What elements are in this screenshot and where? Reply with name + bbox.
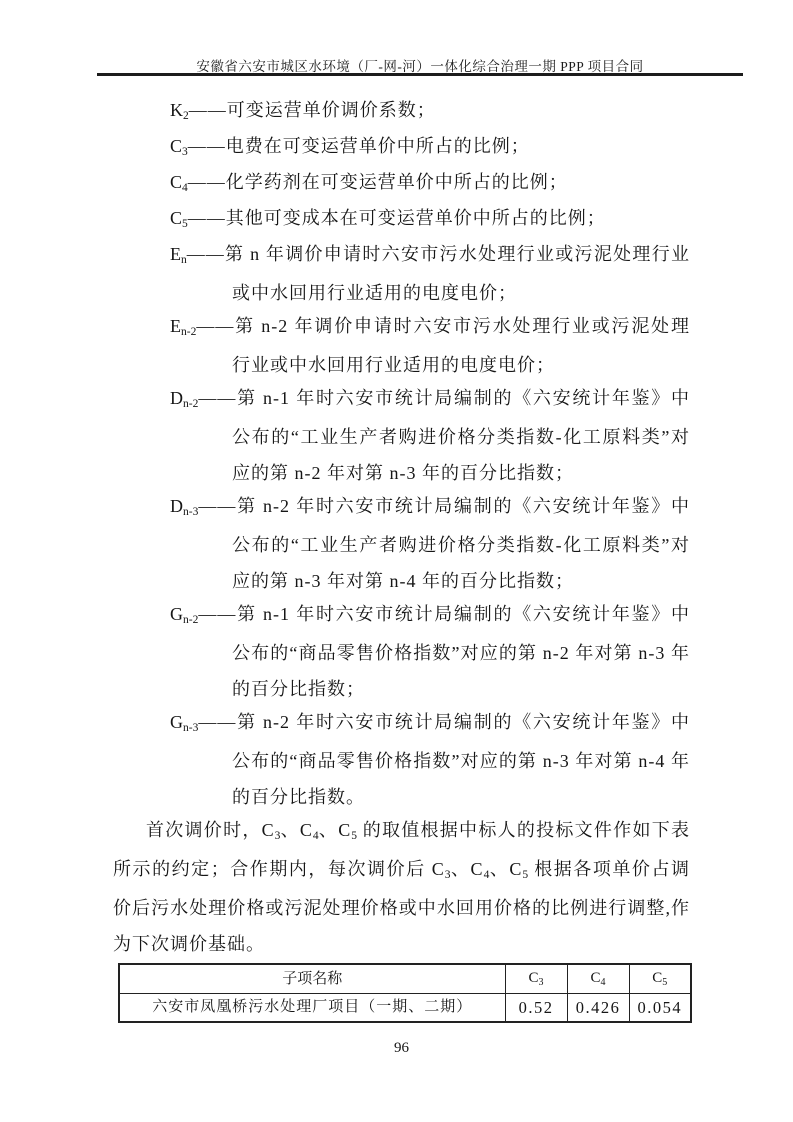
symbol-subscript: n-3 bbox=[183, 722, 198, 734]
col-header-subscript: 5 bbox=[662, 977, 667, 988]
definition-item-en: En——第 n 年调价申请时六安市污水处理行业或污泥处理行业或中水回用行业适用的… bbox=[113, 236, 690, 308]
symbol-subscript: n-2 bbox=[183, 614, 198, 626]
paragraph-text: 、C bbox=[450, 859, 483, 879]
symbol-subscript: n-2 bbox=[181, 326, 196, 338]
paragraph-subscript: 4 bbox=[313, 830, 319, 842]
symbol-subscript: n bbox=[181, 254, 187, 266]
col-header-base: C bbox=[652, 970, 662, 986]
definition-text: ——第 n-2 年时六安市统计局编制的《六安统计年鉴》中公布的“商品零售价格指数… bbox=[198, 712, 690, 807]
definition-item-dn-2: Dn-2——第 n-1 年时六安市统计局编制的《六安统计年鉴》中公布的“工业生产… bbox=[113, 380, 690, 488]
symbol-base: C bbox=[170, 208, 182, 228]
paragraph-subscript: 4 bbox=[484, 869, 490, 881]
paragraph-subscript: 5 bbox=[351, 830, 357, 842]
definition-item-c3: C3——电费在可变运营单价中所占的比例； bbox=[113, 128, 690, 164]
col-header-subitem-name: 子项名称 bbox=[119, 964, 505, 994]
paragraph-text: 、C bbox=[280, 820, 313, 840]
col-header-base: C bbox=[528, 970, 538, 986]
symbol-base: G bbox=[170, 604, 183, 624]
paragraph-text: 、C bbox=[319, 820, 352, 840]
definition-text: ——第 n-1 年时六安市统计局编制的《六安统计年鉴》中公布的“工业生产者购进价… bbox=[198, 388, 690, 483]
definition-item-gn-2: Gn-2——第 n-1 年时六安市统计局编制的《六安统计年鉴》中公布的“商品零售… bbox=[113, 596, 690, 704]
symbol-base: E bbox=[170, 316, 181, 336]
paragraph-subscript: 3 bbox=[275, 830, 281, 842]
definition-item-k2: K2——可变运营单价调价系数； bbox=[113, 92, 690, 128]
c5-value-cell: 0.054 bbox=[629, 994, 691, 1023]
definition-text: ——第 n-2 年时六安市统计局编制的《六安统计年鉴》中公布的“工业生产者购进价… bbox=[198, 496, 690, 591]
paragraph-text: 首次调价时，C bbox=[146, 820, 275, 840]
definition-text: ——可变运营单价调价系数； bbox=[189, 100, 436, 120]
definition-text: ——电费在可变运营单价中所占的比例； bbox=[188, 136, 530, 156]
c4-value-cell: 0.426 bbox=[567, 994, 629, 1023]
paragraph-subscript: 3 bbox=[445, 869, 451, 881]
adjustment-paragraph: 首次调价时，C3、C4、C5 的取值根据中标人的投标文件作如下表所示的约定；合作… bbox=[113, 812, 690, 956]
col-header-c4: C4 bbox=[567, 964, 629, 994]
table-header-row: 子项名称 C3 C4 C5 bbox=[119, 964, 691, 994]
definition-item-en-2: En-2——第 n-2 年调价申请时六安市污水处理行业或污泥处理行业或中水回用行… bbox=[113, 308, 690, 380]
col-header-c5: C5 bbox=[629, 964, 691, 994]
header-rule bbox=[97, 73, 743, 76]
definition-item-c5: C5——其他可变成本在可变运营单价中所占的比例； bbox=[113, 200, 690, 236]
symbol-subscript: n-2 bbox=[183, 398, 198, 410]
header-title: 安徽省六安市城区水环境（厂-网-河）一体化综合治理一期 PPP 项目合同 bbox=[97, 55, 743, 75]
definition-item-c4: C4——化学药剂在可变运营单价中所占的比例； bbox=[113, 164, 690, 200]
symbol-base: C bbox=[170, 136, 182, 156]
symbol-base: D bbox=[170, 388, 183, 408]
document-body: K2——可变运营单价调价系数； C3——电费在可变运营单价中所占的比例； C4—… bbox=[113, 92, 690, 1023]
col-header-subscript: 4 bbox=[601, 977, 606, 988]
col-header-c3: C3 bbox=[505, 964, 567, 994]
symbol-base: D bbox=[170, 496, 183, 516]
symbol-base: K bbox=[170, 100, 183, 120]
page-number: 96 bbox=[113, 1040, 690, 1057]
definition-text: ——其他可变成本在可变运营单价中所占的比例； bbox=[188, 208, 606, 228]
definition-text: ——第 n-1 年时六安市统计局编制的《六安统计年鉴》中公布的“商品零售价格指数… bbox=[198, 604, 690, 699]
table-row: 六安市凤凰桥污水处理厂项目（一期、二期） 0.52 0.426 0.054 bbox=[119, 994, 691, 1023]
symbol-base: E bbox=[170, 244, 181, 264]
c3-value-cell: 0.52 bbox=[505, 994, 567, 1023]
symbol-subscript: n-3 bbox=[183, 506, 198, 518]
definition-item-gn-3: Gn-3——第 n-2 年时六安市统计局编制的《六安统计年鉴》中公布的“商品零售… bbox=[113, 704, 690, 812]
definition-item-dn-3: Dn-3——第 n-2 年时六安市统计局编制的《六安统计年鉴》中公布的“工业生产… bbox=[113, 488, 690, 596]
col-header-base: C bbox=[590, 970, 600, 986]
symbol-base: G bbox=[170, 712, 183, 732]
symbol-subscript: 2 bbox=[183, 110, 189, 122]
col-header-subscript: 3 bbox=[539, 977, 544, 988]
definition-text: ——第 n-2 年调价申请时六安市污水处理行业或污泥处理行业或中水回用行业适用的… bbox=[196, 316, 690, 375]
symbol-subscript: 5 bbox=[182, 218, 188, 230]
symbol-subscript: 3 bbox=[182, 146, 188, 158]
price-ratio-table: 子项名称 C3 C4 C5 六安市凤凰桥污水处理厂项目（一期、二期） 0.52 … bbox=[118, 963, 692, 1023]
document-page: 安徽省六安市城区水环境（厂-网-河）一体化综合治理一期 PPP 项目合同 K2—… bbox=[0, 0, 793, 1122]
symbol-subscript: 4 bbox=[182, 182, 188, 194]
paragraph-text: 、C bbox=[489, 859, 522, 879]
definition-text: ——第 n 年调价申请时六安市污水处理行业或污泥处理行业或中水回用行业适用的电度… bbox=[187, 244, 690, 303]
symbol-base: C bbox=[170, 172, 182, 192]
definition-text: ——化学药剂在可变运营单价中所占的比例； bbox=[188, 172, 568, 192]
paragraph-subscript: 5 bbox=[522, 869, 528, 881]
subitem-name-cell: 六安市凤凰桥污水处理厂项目（一期、二期） bbox=[119, 994, 505, 1023]
